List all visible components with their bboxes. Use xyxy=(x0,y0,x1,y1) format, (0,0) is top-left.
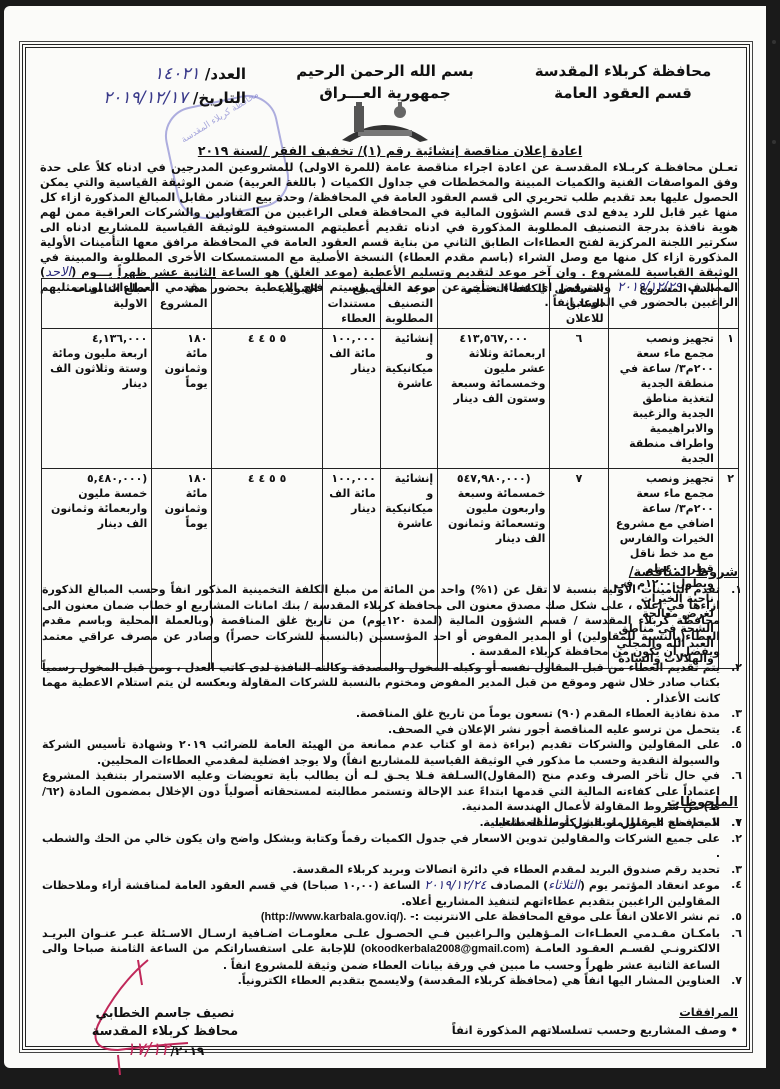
conditions-list: ١.تقدم التأمينات الأولية بنسبة لا تقل عن… xyxy=(42,582,742,830)
basmala: بسم الله الرحمن الرحيم xyxy=(285,60,485,82)
condition-item: ١.تقدم التأمينات الأولية بنسبة لا تقل عن… xyxy=(42,582,742,660)
col-bond: مبلغ التامينات الاولية xyxy=(42,279,152,329)
col-grade: درجة التصنيف المطلوبة xyxy=(380,279,437,329)
email-link[interactable]: (okoodkerbala2008@gmail.com) xyxy=(361,943,529,955)
republic-emblem-icon xyxy=(340,100,430,144)
notes-heading: الملحوظات xyxy=(667,795,738,810)
reference-number: العدد/ ١٤٠٢١ xyxy=(56,62,246,86)
col-docs-fee: مبلغ مستندات العطاء xyxy=(322,279,380,329)
note-item: ٤. موعد انعقاد المؤتمر يوم (الثلاثاء) ال… xyxy=(42,877,742,909)
center-header: بسم الله الرحمن الرحيم جمهورية العـــراق xyxy=(285,60,485,104)
condition-item: ٦.في حال تأخر الصرف وعدم منح (المقاول)ال… xyxy=(42,768,742,815)
project-name: تجهيز ونصب مجمع ماء سعة ٢٠٠م٣/ ساعة في م… xyxy=(608,329,718,469)
signature-date: ١٧/١٢/٢٠١٩ xyxy=(90,1041,240,1060)
col-estimated-cost: الكلفة التخمينية xyxy=(438,279,550,329)
announcement-title: اعادة إعلان مناقصة إنشائية رقم (١)/ تخفي… xyxy=(40,143,740,158)
col-index: ت xyxy=(718,279,738,329)
org-name: محافظة كربلاء المقدسة xyxy=(528,60,718,82)
number-value: ١٤٠٢١ xyxy=(154,64,200,84)
condition-item: ٥.على المقاولين والشركات تقديم (براءة ذم… xyxy=(42,737,742,768)
attachments-heading: المرافقات xyxy=(679,1005,738,1019)
attachment-item: • وصف المشاريع وحسب تسلسلاتهم المذكورة ا… xyxy=(452,1023,738,1037)
number-label: العدد/ xyxy=(205,65,246,83)
note-item: ٥. تم نشر الاعلان انفاً على موقع المحافظ… xyxy=(42,909,742,926)
condition-item: ٣.مدة نفاذية العطاء المقدم (٩٠) تسعون يو… xyxy=(42,706,742,722)
closing-time: الثانية عشر ظهراً xyxy=(118,265,216,279)
reference-date: التاريخ/ ٢٠١٩/١٢/١٧ xyxy=(56,86,246,110)
condition-item: ٤.يتحمل من ترسو عليه المناقصة أجور نشر ا… xyxy=(42,722,742,738)
note-item: ٣.تحديد رقم صندوق البريد لمقدم العطاء في… xyxy=(42,862,742,878)
condition-item: ٢.يتم تقديم العطاء من قبل المقاول نفسه أ… xyxy=(42,660,742,707)
date-label: التاريخ/ xyxy=(193,89,246,107)
conditions-heading: شروط المناقصة/ xyxy=(629,565,738,580)
table-header-row: ت اسم المشروع التسلسل السابق للاعلان الك… xyxy=(42,279,739,329)
signature-block: نصيف جاسم الخطابي محافظ كربلاء المقدسة ١… xyxy=(90,1005,240,1060)
date-value: ٢٠١٩/١٢/١٧ xyxy=(103,88,188,108)
org-header: محافظة كربلاء المقدسة قسم العقود العامة xyxy=(528,60,718,104)
note-item: ٢.على جميع الشركات والمقاولين تدوين الاس… xyxy=(42,831,742,862)
col-duration: مدة المشروع xyxy=(152,279,212,329)
scan-mark xyxy=(772,140,776,144)
note-item: ١.المحافظة غير ملزمة بقبول أوطأ العطاءات… xyxy=(42,815,742,831)
reference-block: العدد/ ١٤٠٢١ التاريخ/ ٢٠١٩/١٢/١٧ xyxy=(56,62,246,110)
signatory-name: نصيف جاسم الخطابي xyxy=(90,1005,240,1023)
table-row: ١ تجهيز ونصب مجمع ماء سعة ٢٠٠م٣/ ساعة في… xyxy=(42,329,739,469)
col-classification: التبويب xyxy=(212,279,322,329)
department-name: قسم العقود العامة xyxy=(528,82,718,104)
website-link[interactable]: (http://www.karbala.gov.iq/). xyxy=(261,911,406,923)
scan-mark xyxy=(772,40,776,44)
bullet-icon: • xyxy=(727,1023,738,1037)
conference-date: ٢٠١٩/١٢/٢٤ xyxy=(424,877,486,892)
col-project-name: اسم المشروع xyxy=(608,279,718,329)
col-prev-serial: التسلسل السابق للاعلان xyxy=(550,279,608,329)
conference-day: الثلاثاء xyxy=(548,877,580,892)
